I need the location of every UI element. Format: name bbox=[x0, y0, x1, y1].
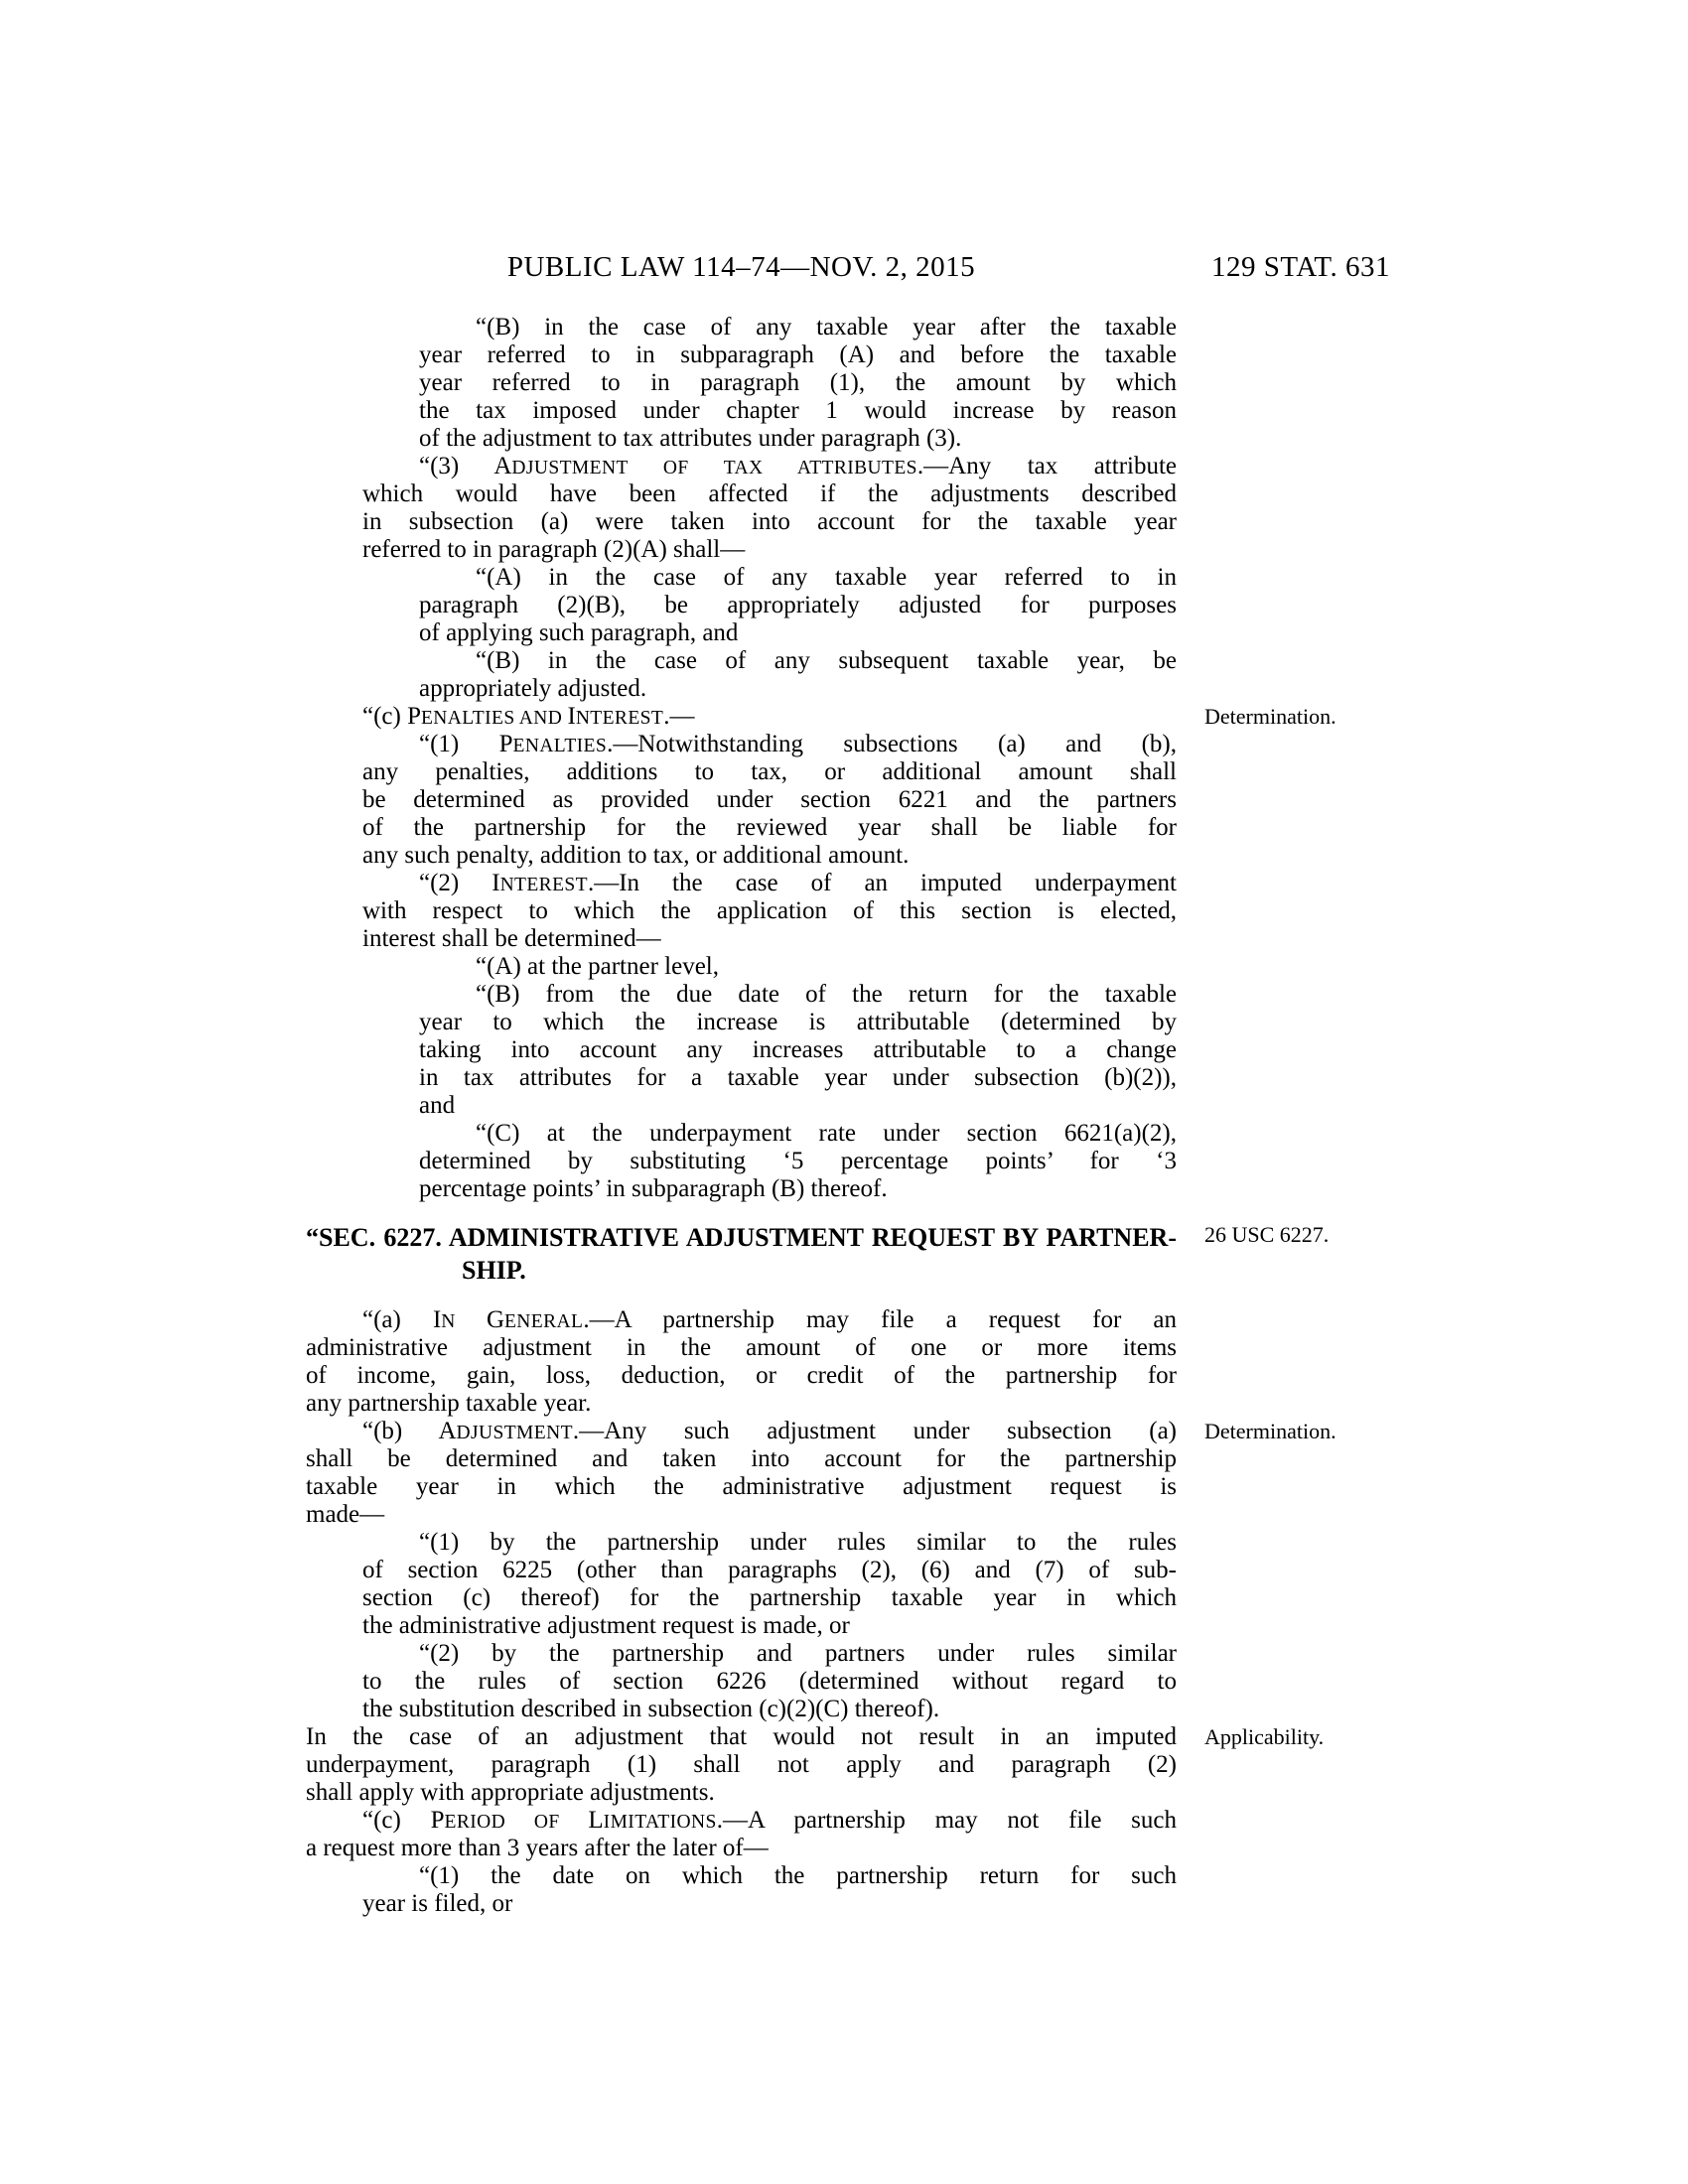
text-line: “(1) the date on which the partnership r… bbox=[306, 1862, 1177, 1890]
subsection-c-period-of-limitations: “(c) PERIOD OF LIMITATIONS.—A partnershi… bbox=[306, 1807, 1177, 1862]
text-run: of income, gain, loss, deduction, or cre… bbox=[306, 1362, 1177, 1389]
text-line: a request more than 3 years after the la… bbox=[306, 1835, 1177, 1862]
text-line: taxable year in which the administrative… bbox=[306, 1473, 1177, 1501]
text-run: with respect to which the application of… bbox=[362, 897, 1177, 924]
text-line: any penalties, additions to tax, or addi… bbox=[306, 758, 1177, 786]
small-caps-text: NTEREST bbox=[576, 708, 663, 729]
text-line: “(A) in the case of any taxable year ref… bbox=[306, 564, 1177, 592]
text-run: I bbox=[567, 703, 575, 730]
text-line: year is filed, or bbox=[306, 1890, 1177, 1918]
text-run: of section 6225 (other than paragraphs (… bbox=[362, 1557, 1177, 1583]
text-line: in subsection (a) were taken into accoun… bbox=[306, 508, 1177, 536]
text-run: .—In the case of an imputed underpayment bbox=[588, 870, 1177, 896]
text-run: year is filed, or bbox=[362, 1890, 512, 1917]
text-run: referred to in paragraph (2)(A) shall— bbox=[362, 536, 745, 563]
text-run: in tax attributes for a taxable year und… bbox=[419, 1064, 1177, 1091]
page-header: PUBLIC LAW 114–74—NOV. 2, 2015 129 STAT.… bbox=[0, 251, 1688, 291]
subsection-a-in-general: “(a) IN GENERAL.—A partnership may file … bbox=[306, 1306, 1177, 1418]
text-run: “(B) in the case of any taxable year aft… bbox=[476, 314, 1177, 341]
text-line: “(1) PENALTIES.—Notwithstanding subsecti… bbox=[306, 731, 1177, 758]
small-caps-text: ENERAL bbox=[504, 1311, 583, 1332]
text-line: any such penalty, addition to tax, or ad… bbox=[306, 842, 1177, 870]
text-run: “(1) the date on which the partnership r… bbox=[419, 1862, 1177, 1889]
text-line: of the partnership for the reviewed year… bbox=[306, 814, 1177, 842]
text-run: .— bbox=[663, 703, 694, 730]
small-caps-text: ENALTIES AND bbox=[421, 708, 567, 729]
text-run: “(2) by the partnership and partners und… bbox=[419, 1640, 1177, 1667]
text-run: year to which the increase is attributab… bbox=[419, 1009, 1177, 1035]
text-run: “(2) I bbox=[419, 870, 500, 896]
section-6227-heading: “SEC. 6227. ADMINISTRATIVE ADJUSTMENT RE… bbox=[306, 1221, 1177, 1287]
text-line: “SEC. 6227. ADMINISTRATIVE ADJUSTMENT RE… bbox=[306, 1221, 1177, 1254]
text-line: any partnership taxable year. bbox=[306, 1390, 1177, 1418]
text-line: to the rules of section 6226 (determined… bbox=[306, 1668, 1177, 1696]
text-run: of applying such paragraph, and bbox=[419, 619, 738, 646]
text-run: in subsection (a) were taken into accoun… bbox=[362, 508, 1177, 535]
paragraph-1-date-return-filed: “(1) the date on which the partnership r… bbox=[306, 1862, 1177, 1918]
small-caps-text: ERIOD OF bbox=[445, 1812, 589, 1833]
paragraph-2-interest: “(2) INTEREST.—In the case of an imputed… bbox=[306, 870, 1177, 953]
text-line: taking into account any increases attrib… bbox=[306, 1036, 1177, 1064]
statute-body-text: “(B) in the case of any taxable year aft… bbox=[306, 314, 1177, 1918]
text-line: interest shall be determined— bbox=[306, 925, 1177, 953]
text-run: the tax imposed under chapter 1 would in… bbox=[419, 397, 1177, 424]
text-line: of the adjustment to tax attributes unde… bbox=[306, 425, 1177, 453]
subparagraph-B-subsequent-year: “(B) in the case of any subsequent taxab… bbox=[306, 647, 1177, 703]
text-line: in tax attributes for a taxable year und… bbox=[306, 1064, 1177, 1092]
text-run: .—A partnership may not file such bbox=[717, 1807, 1177, 1834]
text-line: paragraph (2)(B), be appropriately adjus… bbox=[306, 592, 1177, 619]
margin-note: Determination. bbox=[1204, 1418, 1336, 1445]
text-line: year to which the increase is attributab… bbox=[306, 1009, 1177, 1036]
text-line: year referred to in subparagraph (A) and… bbox=[306, 341, 1177, 369]
text-line: “(B) from the due date of the return for… bbox=[306, 981, 1177, 1009]
text-run: “(b) A bbox=[362, 1418, 457, 1444]
text-line: the substitution described in subsection… bbox=[306, 1696, 1177, 1723]
text-run: “(B) from the due date of the return for… bbox=[476, 981, 1177, 1008]
text-run: made— bbox=[306, 1501, 384, 1528]
text-line: “(b) ADJUSTMENT.—Any such adjustment und… bbox=[306, 1418, 1177, 1445]
text-run: to the rules of section 6226 (determined… bbox=[362, 1668, 1177, 1695]
paragraph-1-partnership-rules: “(1) by the partnership under rules simi… bbox=[306, 1529, 1177, 1640]
statute-page: PUBLIC LAW 114–74—NOV. 2, 2015 129 STAT.… bbox=[0, 0, 1688, 2184]
text-run: paragraph (2)(B), be appropriately adjus… bbox=[419, 592, 1177, 618]
text-line: year referred to in paragraph (1), the a… bbox=[306, 369, 1177, 397]
subsection-b-adjustment: “(b) ADJUSTMENT.—Any such adjustment und… bbox=[306, 1418, 1177, 1529]
text-run: underpayment, paragraph (1) shall not ap… bbox=[306, 1751, 1177, 1778]
text-run: shall be determined and taken into accou… bbox=[306, 1445, 1177, 1472]
text-line: be determined as provided under section … bbox=[306, 786, 1177, 814]
text-line: “(B) in the case of any taxable year aft… bbox=[306, 314, 1177, 341]
subparagraph-B-due-date: “(B) from the due date of the return for… bbox=[306, 981, 1177, 1120]
text-run: “(a) I bbox=[362, 1306, 441, 1333]
text-run: G bbox=[487, 1306, 504, 1333]
subparagraph-B-tax-increase: “(B) in the case of any taxable year aft… bbox=[306, 314, 1177, 453]
text-line: of applying such paragraph, and bbox=[306, 619, 1177, 647]
text-line: administrative adjustment in the amount … bbox=[306, 1334, 1177, 1362]
text-run: percentage points’ in subparagraph (B) t… bbox=[419, 1175, 888, 1202]
text-run: In the case of an adjustment that would … bbox=[306, 1723, 1177, 1750]
text-run: appropriately adjusted. bbox=[419, 675, 646, 702]
text-run: determined by substituting ‘5 percentage… bbox=[419, 1148, 1177, 1174]
text-line: with respect to which the application of… bbox=[306, 897, 1177, 925]
text-run: “(3) A bbox=[419, 453, 511, 479]
text-line: “(C) at the underpayment rate under sect… bbox=[306, 1120, 1177, 1148]
text-run: section (c) thereof) for the partnership… bbox=[362, 1584, 1177, 1611]
paragraph-2-partnership-and-partners: “(2) by the partnership and partners und… bbox=[306, 1640, 1177, 1723]
text-run: .—Any tax attribute bbox=[917, 453, 1177, 479]
text-line: the tax imposed under chapter 1 would in… bbox=[306, 397, 1177, 425]
text-line: “(2) INTEREST.—In the case of an imputed… bbox=[306, 870, 1177, 897]
text-run: “(c) P bbox=[362, 1807, 445, 1834]
text-run: any partnership taxable year. bbox=[306, 1390, 591, 1417]
text-run: “(A) in the case of any taxable year ref… bbox=[476, 564, 1177, 591]
small-caps-text: DJUSTMENT bbox=[457, 1423, 573, 1443]
text-line: SHIP. bbox=[306, 1254, 1177, 1287]
text-run: administrative adjustment in the amount … bbox=[306, 1334, 1177, 1361]
text-line: the administrative adjustment request is… bbox=[306, 1612, 1177, 1640]
text-line: determined by substituting ‘5 percentage… bbox=[306, 1148, 1177, 1175]
text-line: “(1) by the partnership under rules simi… bbox=[306, 1529, 1177, 1557]
text-run: .—A partnership may file a request for a… bbox=[583, 1306, 1177, 1333]
text-line: “(c) PERIOD OF LIMITATIONS.—A partnershi… bbox=[306, 1807, 1177, 1835]
small-caps-text: NTEREST bbox=[500, 875, 588, 895]
margin-note: Applicability. bbox=[1204, 1723, 1324, 1751]
margin-note: Determination. bbox=[1204, 703, 1336, 731]
subsection-c-penalties-and-interest: “(c) PENALTIES AND INTEREST.—Determinati… bbox=[306, 703, 1177, 731]
text-line: of income, gain, loss, deduction, or cre… bbox=[306, 1362, 1177, 1390]
small-caps-text: N bbox=[441, 1311, 487, 1332]
text-line: referred to in paragraph (2)(A) shall— bbox=[306, 536, 1177, 564]
text-line: In the case of an adjustment that would … bbox=[306, 1723, 1177, 1751]
text-run: taking into account any increases attrib… bbox=[419, 1036, 1177, 1063]
text-run: “SEC. 6227. ADMINISTRATIVE ADJUSTMENT RE… bbox=[306, 1223, 1177, 1252]
text-line: made— bbox=[306, 1501, 1177, 1529]
subparagraph-C-underpayment-rate: “(C) at the underpayment rate under sect… bbox=[306, 1120, 1177, 1203]
text-run: .—Any such adjustment under subsection (… bbox=[573, 1418, 1177, 1444]
text-line: “(3) ADJUSTMENT OF TAX ATTRIBUTES.—Any t… bbox=[306, 453, 1177, 480]
text-run: “(A) at the partner level, bbox=[476, 953, 719, 980]
text-line: shall apply with appropriate adjustments… bbox=[306, 1779, 1177, 1807]
text-run: which would have been affected if the ad… bbox=[362, 480, 1177, 507]
text-line: and bbox=[306, 1092, 1177, 1120]
text-run: shall apply with appropriate adjustments… bbox=[306, 1779, 715, 1806]
text-run: any penalties, additions to tax, or addi… bbox=[362, 758, 1177, 785]
text-run: the administrative adjustment request is… bbox=[362, 1612, 850, 1639]
text-run: and bbox=[419, 1092, 455, 1119]
text-run: year referred to in subparagraph (A) and… bbox=[419, 341, 1177, 368]
text-line: section (c) thereof) for the partnership… bbox=[306, 1584, 1177, 1612]
small-caps-text: DJUSTMENT OF TAX ATTRIBUTES bbox=[511, 458, 917, 478]
text-line: “(A) at the partner level, bbox=[306, 953, 1177, 981]
text-line: which would have been affected if the ad… bbox=[306, 480, 1177, 508]
public-law-title: PUBLIC LAW 114–74—NOV. 2, 2015 bbox=[306, 251, 1177, 284]
text-line: of section 6225 (other than paragraphs (… bbox=[306, 1557, 1177, 1584]
text-run: of the adjustment to tax attributes unde… bbox=[419, 425, 961, 452]
text-line: shall be determined and taken into accou… bbox=[306, 1445, 1177, 1473]
text-run: taxable year in which the administrative… bbox=[306, 1473, 1177, 1500]
stat-citation: 129 STAT. 631 bbox=[1211, 251, 1390, 284]
text-run: L bbox=[588, 1807, 603, 1834]
text-run: “(1) by the partnership under rules simi… bbox=[419, 1529, 1177, 1556]
text-run: SHIP. bbox=[462, 1256, 526, 1285]
text-run: “(B) in the case of any subsequent taxab… bbox=[476, 647, 1177, 674]
paragraph-3-adjustment-of-tax-attributes: “(3) ADJUSTMENT OF TAX ATTRIBUTES.—Any t… bbox=[306, 453, 1177, 564]
small-caps-text: IMITATIONS bbox=[604, 1812, 717, 1833]
text-run: year referred to in paragraph (1), the a… bbox=[419, 369, 1177, 396]
text-run: of the partnership for the reviewed year… bbox=[362, 814, 1177, 841]
text-line: “(2) by the partnership and partners und… bbox=[306, 1640, 1177, 1668]
margin-note: 26 USC 6227. bbox=[1204, 1221, 1329, 1249]
text-line: underpayment, paragraph (1) shall not ap… bbox=[306, 1751, 1177, 1779]
text-run: “(c) P bbox=[362, 703, 421, 730]
text-run: interest shall be determined— bbox=[362, 925, 661, 952]
text-line: “(c) PENALTIES AND INTEREST.—Determinati… bbox=[306, 703, 1177, 731]
text-line: “(a) IN GENERAL.—A partnership may file … bbox=[306, 1306, 1177, 1334]
text-line: appropriately adjusted. bbox=[306, 675, 1177, 703]
subparagraph-A-partner-level: “(A) at the partner level, bbox=[306, 953, 1177, 981]
text-run: “(1) P bbox=[419, 731, 513, 757]
text-line: “(B) in the case of any subsequent taxab… bbox=[306, 647, 1177, 675]
text-run: “(C) at the underpayment rate under sect… bbox=[476, 1120, 1177, 1147]
text-run: .—Notwithstanding subsections (a) and (b… bbox=[607, 731, 1177, 757]
text-run: the substitution described in subsection… bbox=[362, 1696, 939, 1722]
paragraph-1-penalties: “(1) PENALTIES.—Notwithstanding subsecti… bbox=[306, 731, 1177, 870]
text-run: be determined as provided under section … bbox=[362, 786, 1177, 813]
flush-text-applicability: In the case of an adjustment that would … bbox=[306, 1723, 1177, 1807]
text-line: percentage points’ in subparagraph (B) t… bbox=[306, 1175, 1177, 1203]
small-caps-text: ENALTIES bbox=[513, 736, 608, 756]
subparagraph-A-appropriately-adjusted: “(A) in the case of any taxable year ref… bbox=[306, 564, 1177, 647]
text-run: any such penalty, addition to tax, or ad… bbox=[362, 842, 909, 869]
text-run: a request more than 3 years after the la… bbox=[306, 1835, 769, 1861]
